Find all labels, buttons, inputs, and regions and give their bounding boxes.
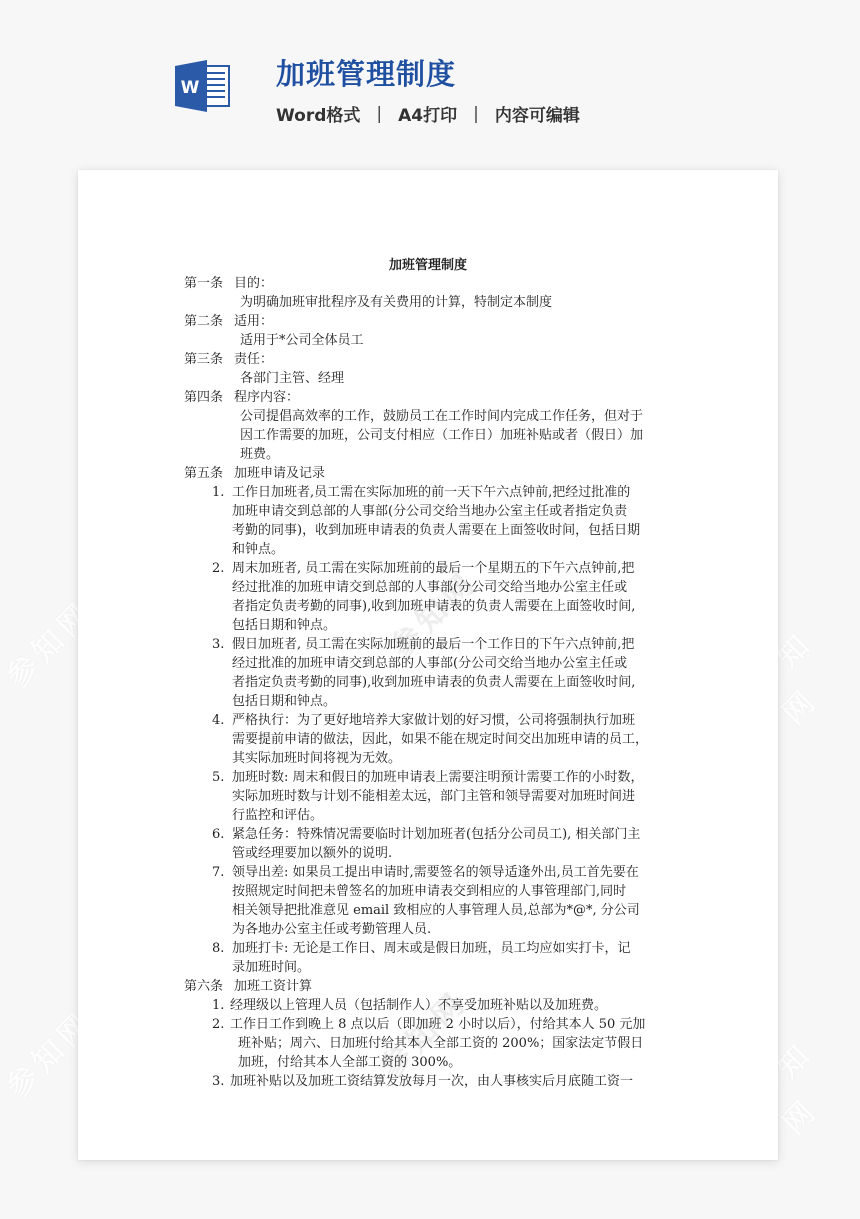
list-item-line: 领导出差: 如果员工提出申请时,需要签名的领导适逢外出,员工首先要在	[232, 863, 639, 882]
list-item-line: 行监控和评估。	[232, 806, 323, 825]
section-label: 第一条	[184, 274, 223, 293]
list-item-line: 相关领导把批准意见 email 致相应的人事管理人员,总部为*@*, 分公司	[232, 901, 640, 920]
list-number: 4.	[212, 711, 224, 730]
list-number: 7.	[212, 863, 224, 882]
list-number: 6.	[212, 825, 224, 844]
list-item-line: 加班打卡: 无论是工作日、周末或是假日加班，员工均应如实打卡，记	[232, 939, 631, 958]
header: W 加班管理制度 Word格式 | A4打印 | 内容可编辑	[0, 0, 860, 150]
section-label: 第六条	[184, 977, 223, 996]
list-item-line: 者指定负责考勤的同事),收到加班申请表的负责人需要在上面签收时间,	[232, 673, 635, 692]
list-item-line: 录加班时间。	[232, 958, 310, 977]
list-item-line: 实际加班时数与计划不能相差太远，部门主管和领导需要对加班时间进	[232, 787, 635, 806]
list-item-line: 严格执行：为了更好地培养大家做计划的好习惯，公司将强制执行加班	[232, 711, 635, 730]
list-item-line: 假日加班者, 员工需在实际加班前的最后一个工作日的下午六点钟前,把	[232, 635, 634, 654]
tag-word-format: Word格式	[276, 101, 360, 126]
word-document-icon: W	[175, 60, 231, 112]
section-label: 第三条	[184, 350, 223, 369]
section-body: 各部门主管、经理	[240, 369, 344, 388]
section-heading: 适用：	[234, 312, 273, 331]
list-item-line: 和钟点。	[232, 540, 284, 559]
section-body: 为明确加班审批程序及有关费用的计算，特制定本制度	[240, 293, 552, 312]
section-body-line: 因工作需要的加班，公司支付相应（工作日）加班补贴或者（假日）加	[240, 426, 643, 445]
document-page: 参知网 参知网 加班管理制度 第一条 目的： 为明确加班审批程序及有关费用的计算…	[78, 170, 778, 1160]
list-item-line: 经理级以上管理人员（包括制作人）不享受加班补贴以及加班费。	[230, 996, 607, 1015]
section-label: 第二条	[184, 312, 223, 331]
page-title: 加班管理制度	[276, 52, 456, 93]
section-heading: 加班申请及记录	[234, 464, 325, 483]
section-body-line: 公司提倡高效率的工作，鼓励员工在工作时间内完成工作任务，但对于	[240, 407, 643, 426]
list-item-line: 为各地办公室主任或考勤管理人员.	[232, 920, 431, 939]
svg-text:W: W	[181, 78, 200, 98]
list-item-line: 包括日期和钟点。	[232, 616, 336, 635]
list-item-line: 包括日期和钟点。	[232, 692, 336, 711]
list-item-line: 加班补贴以及加班工资结算发放每月一次，由人事核实后月底随工资一	[230, 1072, 633, 1091]
list-item-line: 加班时数: 周末和假日的加班申请表上需要注明预计需要工作的小时数，	[232, 768, 644, 787]
tag-a4-print: A4打印	[398, 101, 457, 126]
document-title: 加班管理制度	[78, 256, 778, 275]
list-number: 8.	[212, 939, 224, 958]
list-number: 2.	[212, 559, 224, 578]
list-item-line: 者指定负责考勤的同事),收到加班申请表的负责人需要在上面签收时间,	[232, 597, 635, 616]
section-label: 第五条	[184, 464, 223, 483]
list-item-line: 经过批准的加班申请交到总部的人事部(分公司交给当地办公室主任或	[232, 654, 627, 673]
list-number: 1.	[212, 483, 224, 502]
tag-editable: 内容可编辑	[495, 101, 580, 126]
list-item-line: 其实际加班时间将视为无效。	[232, 749, 401, 768]
list-item-line: 加班申请交到总部的人事部(分公司交给当地办公室主任或者指定负责	[232, 502, 627, 521]
separator: |	[376, 104, 382, 124]
list-number: 3.	[212, 635, 224, 654]
list-item-line: 需要提前申请的做法，因此，如果不能在规定时间交出加班申请的员工，	[232, 730, 648, 749]
list-item-line: 班补贴；周六、日加班付给其本人全部工资的 200%；国家法定节假日	[238, 1034, 643, 1053]
list-item-line: 考勤的同事)，收到加班申请表的负责人需要在上面签收时间，包括日期	[232, 521, 640, 540]
section-body-line: 班费。	[240, 445, 279, 464]
list-item-line: 管或经理要加以额外的说明.	[232, 844, 392, 863]
list-number: 2.	[212, 1015, 224, 1034]
section-heading: 程序内容：	[234, 388, 299, 407]
list-item-line: 经过批准的加班申请交到总部的人事部(分公司交给当地办公室主任或	[232, 578, 627, 597]
list-item-line: 工作日工作到晚上 8 点以后（即加班 2 小时以后），付给其本人 50 元加	[230, 1015, 645, 1034]
list-item-line: 紧急任务：特殊情况需要临时计划加班者(包括分公司员工), 相关部门主	[232, 825, 640, 844]
feature-tags: Word格式 | A4打印 | 内容可编辑	[276, 101, 580, 126]
list-number: 1.	[212, 996, 224, 1015]
section-body: 适用于*公司全体员工	[240, 331, 364, 350]
list-number: 5.	[212, 768, 224, 787]
list-item-line: 周末加班者, 员工需在实际加班前的最后一个星期五的下午六点钟前,把	[232, 559, 634, 578]
section-heading: 目的：	[234, 274, 273, 293]
list-item-line: 工作日加班者,员工需在实际加班的前一天下午六点钟前,把经过批准的	[232, 483, 630, 502]
section-label: 第四条	[184, 388, 223, 407]
list-item-line: 加班，付给其本人全部工资的 300%。	[238, 1053, 461, 1072]
section-heading: 责任：	[234, 350, 273, 369]
section-heading: 加班工资计算	[234, 977, 312, 996]
list-item-line: 按照规定时间把未曾签名的加班申请表交到相应的人事管理部门,同时	[232, 882, 626, 901]
list-number: 3.	[212, 1072, 224, 1091]
separator: |	[473, 104, 479, 124]
